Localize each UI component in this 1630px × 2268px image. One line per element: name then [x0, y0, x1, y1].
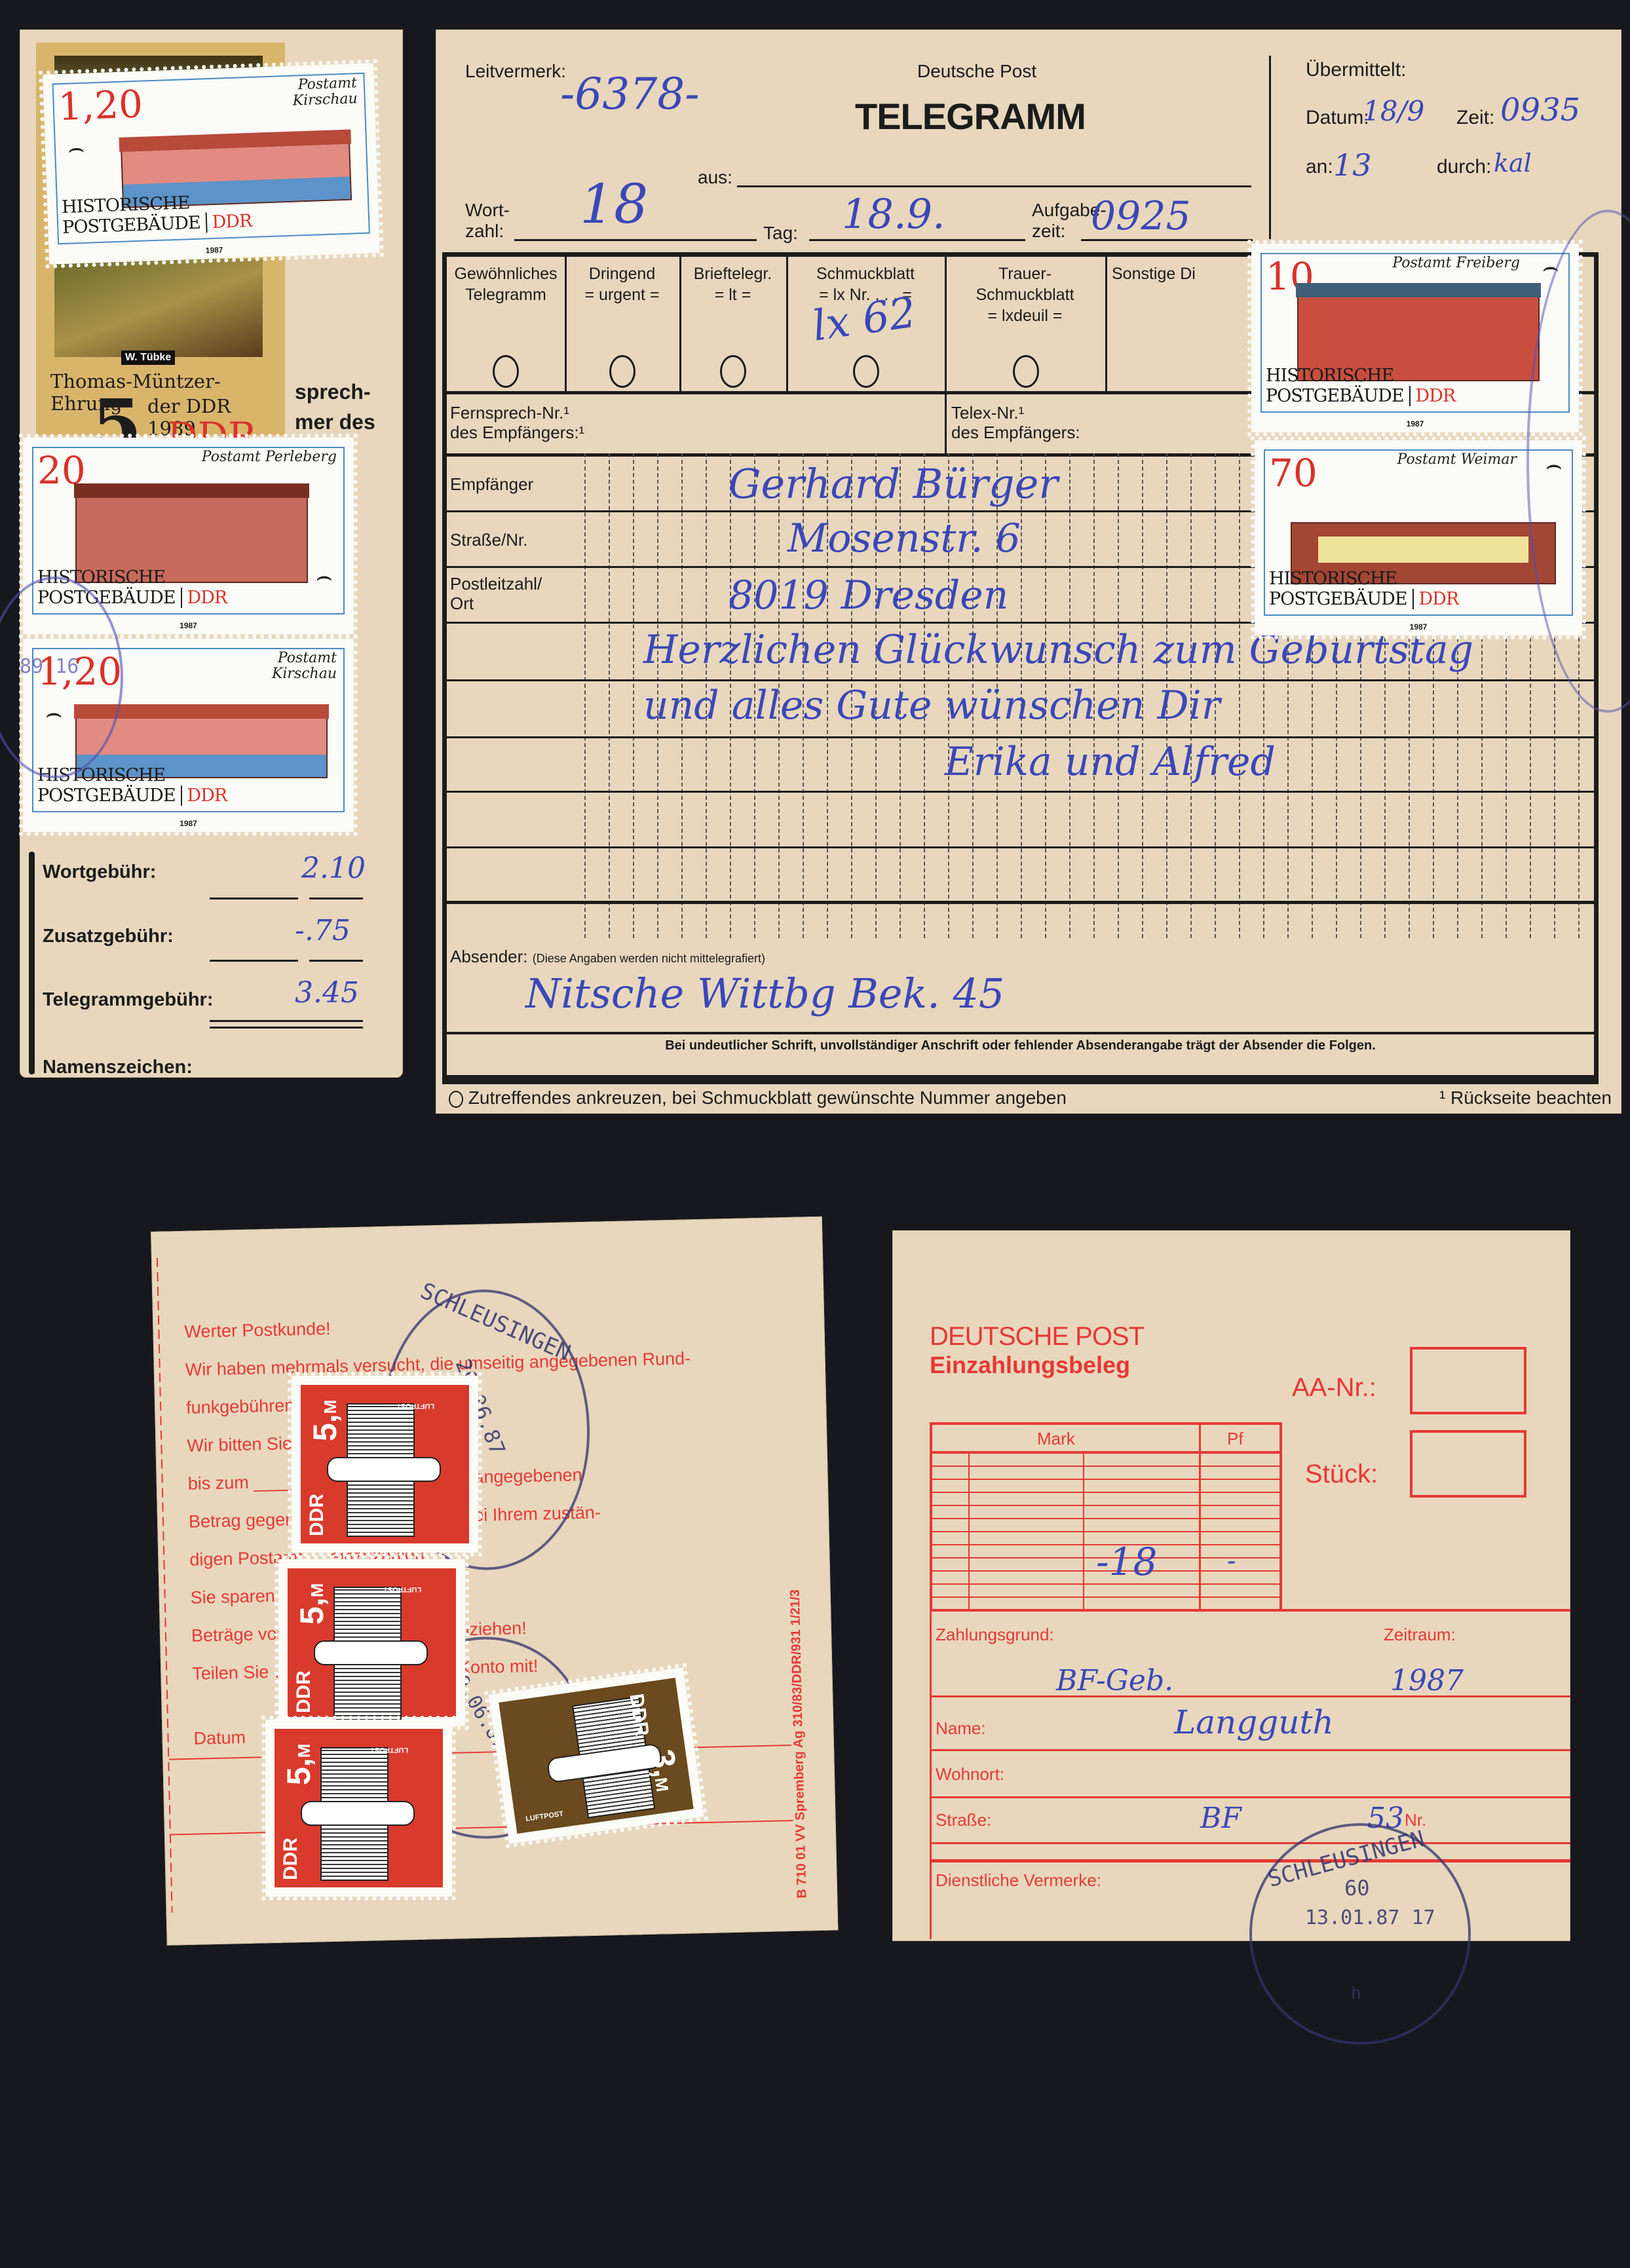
stamp-place: Postamt Kirschau	[245, 651, 337, 682]
wortzahl-label-1: Wort-	[465, 200, 510, 221]
stamp-country: DDR	[1412, 589, 1459, 609]
durch-value: kal	[1494, 149, 1532, 178]
aus-line	[737, 185, 1251, 187]
fernsprech-label-2: des Empfängers:¹	[450, 423, 584, 442]
aus-label: aus:	[698, 167, 732, 188]
stamp-country: DDR	[1409, 386, 1456, 406]
partial-text-line: mer des	[295, 407, 375, 437]
stamp-title: HISTORISCHE POSTGEBÄUDEDDR	[37, 765, 354, 806]
fee-line	[309, 898, 363, 899]
leitvermerk-label: Leitvermerk:	[465, 61, 566, 82]
stamp-facade	[1318, 537, 1528, 563]
stueck-box[interactable]	[1410, 1430, 1526, 1498]
wortzahl-label-2: zahl:	[465, 221, 510, 242]
telex-label-2: des Empfängers:	[951, 423, 1080, 442]
type-radio[interactable]	[1013, 355, 1039, 388]
type-line: Schmuckblatt	[786, 263, 945, 284]
amount-rows	[932, 1454, 1279, 1611]
stamp-place: Postamt Kirschau	[265, 75, 358, 110]
fee-value: 3.45	[295, 976, 359, 1010]
stamp-roof	[1296, 283, 1541, 297]
footer-left-text: Zutreffendes ankreuzen, bei Schmuckblatt…	[468, 1087, 1067, 1108]
row-line	[447, 679, 1594, 681]
airmail-value: 3,M	[643, 1747, 687, 1794]
message-line-3: Erika und Alfred	[945, 739, 1276, 785]
type-line: Dringend	[565, 263, 679, 284]
postmark-left-date: 89 16	[20, 655, 79, 678]
fee-label: Zusatzgebühr:	[43, 926, 174, 947]
field-line	[932, 1859, 1570, 1862]
wortzahl-value: 18	[580, 174, 648, 236]
row-line	[447, 846, 1594, 848]
street-value: Mosenstr. 6	[787, 516, 1021, 561]
type-radio[interactable]	[609, 355, 635, 388]
tag-line	[809, 239, 1025, 241]
airmail-value: 5,M	[293, 1583, 331, 1625]
airmail-value-unit: M	[307, 1583, 327, 1598]
stamp-title-text: HISTORISCHE POSTGEBÄUDE	[1269, 569, 1407, 609]
absender-label: Absender: (Diese Angaben werden nicht mi…	[450, 947, 765, 967]
dienstliche-label: Dienstliche Vermerke:	[936, 1870, 1101, 1891]
postmark-beleg-date-text: 13.01.87	[1305, 1906, 1400, 1929]
airmail-value: 5,M	[280, 1744, 318, 1785]
absender-value: Nitsche Wittbg Bek. 45	[525, 970, 1004, 1017]
name-value: Langguth	[1174, 1703, 1334, 1741]
telex-label-1: Telex-Nr.¹	[951, 403, 1080, 423]
airmail-country: DDR	[293, 1671, 315, 1713]
airmail-value-number: 5	[280, 1767, 317, 1785]
uebermittelt-heading: Übermittelt:	[1306, 59, 1406, 81]
fernsprech-label-1: Fernsprech-Nr.¹	[450, 403, 584, 423]
datum-label: Datum:	[1306, 107, 1369, 129]
datum-label: Datum	[193, 1728, 246, 1749]
aufgabezeit-value: 0925	[1091, 193, 1191, 239]
datum-value: 18/9	[1363, 95, 1424, 127]
schmuckblatt-value: lx 62	[812, 302, 917, 337]
airplane-icon	[327, 1457, 441, 1482]
radio-circle-icon	[449, 1091, 463, 1108]
col-divider	[945, 391, 947, 453]
telex-label: Telex-Nr.¹ des Empfängers:	[951, 403, 1080, 442]
form-title: TELEGRAMM	[855, 95, 1086, 138]
airplane-icon	[314, 1640, 428, 1665]
airplane-icon	[301, 1801, 415, 1826]
fee-line	[309, 960, 363, 962]
stueck-label: Stück:	[1305, 1460, 1378, 1489]
issuer: Deutsche Post	[917, 61, 1036, 82]
type-line: = lxdeuil =	[945, 305, 1105, 326]
partial-text-line: sprech-	[295, 377, 375, 407]
type-radio[interactable]	[853, 355, 879, 388]
field-line	[932, 1796, 1570, 1798]
fee-line	[210, 898, 298, 899]
strasse-label: Straße:	[936, 1810, 991, 1830]
row-line	[447, 901, 1594, 904]
type-radio[interactable]	[493, 355, 519, 388]
perforation-line	[157, 1258, 173, 1913]
airmail-stamp-2: DDR 5,M LUFTPOST	[278, 1559, 465, 1726]
type-option-gewoehnlich[interactable]: Gewöhnliches Telegramm	[447, 263, 565, 305]
zahlungsgrund-label: Zahlungsgrund:	[936, 1625, 1054, 1645]
type-option-brieftelegramm[interactable]: Brieftelegr. = lt =	[679, 263, 786, 305]
stamp-year: 1987	[23, 819, 354, 828]
fee-line	[210, 1020, 363, 1022]
signature-label: Namenszeichen:	[43, 1057, 193, 1078]
type-line: Brieftelegr.	[679, 263, 786, 284]
airmail-label: LUFTPOST	[396, 1402, 434, 1410]
airmail-label: LUFTPOST	[383, 1585, 421, 1593]
leitvermerk-value: -6378-	[560, 69, 700, 119]
footer-right: ¹ Rückseite beachten	[1439, 1087, 1612, 1108]
amount-pf-value: -	[1227, 1546, 1236, 1576]
type-option-dringend[interactable]: Dringend = urgent =	[565, 263, 679, 305]
zeit-value: 0935	[1500, 92, 1580, 128]
fee-slip-left-rule	[29, 852, 35, 1074]
beleg-header-2: Einzahlungsbeleg	[930, 1351, 1130, 1379]
posthorn-icon: ⌢	[67, 134, 85, 164]
stamp-place: Postamt Perleberg	[202, 449, 337, 465]
amount-grid[interactable]: Mark Pf -18 -	[930, 1422, 1282, 1612]
recipient-label: Empfänger	[450, 474, 536, 495]
einzahlungsbeleg: DEUTSCHE POST Einzahlungsbeleg AA-Nr.: S…	[892, 1230, 1570, 1941]
airmail-country: DDR	[306, 1494, 328, 1536]
airmail-value-unit: M	[651, 1776, 673, 1793]
street-label: Straße/Nr.	[450, 530, 530, 550]
type-line: Trauer-	[945, 263, 1105, 284]
stamp-title-text: HISTORISCHE POSTGEBÄUDE	[1266, 366, 1404, 406]
stamp-place: Postamt Weimar	[1397, 452, 1517, 468]
airmail-value: 5,M	[306, 1400, 344, 1441]
recipient-value: Gerhard Bürger	[729, 460, 1058, 508]
wortzahl-label: Wort- zahl:	[465, 200, 510, 242]
stamp-country: DDR	[181, 785, 227, 806]
col-divider	[1105, 257, 1107, 391]
an-label: an:	[1306, 156, 1333, 178]
beleg-header-1: DEUTSCHE POST	[930, 1322, 1144, 1351]
stamp-place: Postamt Freiberg	[1392, 255, 1520, 271]
postmark-beleg-letter: h	[1351, 1984, 1361, 2003]
row-line	[447, 791, 1594, 793]
aufgabezeit-line	[1081, 239, 1253, 241]
rundfunk-notice: Werter Postkunde! Wir haben mehrmals ver…	[151, 1217, 838, 1946]
stamp-country: DDR	[181, 588, 227, 608]
type-option-schmuckblatt[interactable]: Schmuckblatt = lx Nr. . . . = lx 62	[786, 263, 945, 305]
fee-value: 2.10	[301, 852, 366, 885]
type-line: = lt =	[679, 284, 786, 305]
absender-section[interactable]: Absender: (Diese Angaben werden nicht mi…	[447, 940, 1594, 1034]
fee-label: Telegrammgebühr:	[43, 989, 214, 1011]
type-option-sonstige[interactable]: Sonstige Di	[1112, 263, 1230, 284]
stamp-roof	[74, 483, 309, 498]
warning-text: Bei undeutlicher Schrift, unvollständige…	[447, 1038, 1594, 1053]
amount-mark-value: -18	[1096, 1540, 1157, 1584]
aa-nr-box[interactable]	[1410, 1347, 1526, 1414]
wohnort-label: Wohnort:	[936, 1764, 1004, 1785]
muentzer-artist: W. Tübke	[121, 350, 175, 365]
tag-value: 18.9.	[842, 190, 945, 238]
zeit-label: Zeit:	[1456, 107, 1494, 129]
strasse-value: BF	[1200, 1802, 1241, 1835]
fee-value: -.75	[295, 914, 351, 947]
airmail-label: LUFTPOST	[370, 1746, 408, 1754]
type-line: Gewöhnliches	[447, 263, 565, 284]
an-value: 13	[1333, 147, 1372, 183]
stamp-year: 1987	[1255, 622, 1582, 632]
fee-label: Wortgebühr:	[43, 861, 156, 883]
absender-note: (Diese Angaben werden nicht mittelegrafi…	[533, 952, 765, 965]
zahlungsgrund-value: BF-Geb.	[1056, 1664, 1173, 1697]
airmail-stamp-3: DDR 5,M LUFTPOST	[265, 1720, 452, 1897]
stamp-value: 1,20	[58, 82, 143, 129]
beleg-fields: Zahlungsgrund: Zeitraum: BF-Geb. 1987 Na…	[930, 1609, 1570, 1939]
stamp-country: DDR	[205, 211, 252, 233]
zeitraum-value: 1987	[1390, 1664, 1464, 1697]
airmail-stamp-1: DDR 5,M LUFTPOST	[292, 1376, 478, 1553]
postmark-beleg-date: 13.01.87 17	[1305, 1906, 1435, 1929]
absender-label-text: Absender:	[450, 947, 528, 966]
postmark-beleg-hour: 17	[1412, 1906, 1435, 1929]
stamp-title-text: HISTORISCHE POSTGEBÄUDE	[62, 193, 201, 238]
muentzer-painting	[54, 259, 263, 357]
printer-note: B 710 01 VV Spremberg Ag 310/83/DDR/931 …	[788, 1589, 810, 1899]
aa-nr-label: AA-Nr.:	[1292, 1373, 1376, 1403]
stamp-kirschau-top: 1,20 Postamt Kirschau ⌢ HISTORISCHE POST…	[43, 63, 380, 264]
durch-label: durch:	[1437, 156, 1491, 178]
type-radio[interactable]	[720, 355, 746, 388]
airmail-value-unit: M	[320, 1400, 340, 1414]
mark-divider	[1083, 1454, 1084, 1611]
tag-label: Tag:	[763, 223, 798, 244]
partial-text: sprech- mer des	[295, 377, 375, 437]
message-line-2: und alles Gute wünschen Dir	[643, 683, 1220, 728]
airmail-value-unit: M	[294, 1744, 314, 1758]
type-line: Sonstige Di	[1112, 263, 1230, 284]
postmark-beleg-code: 60	[1344, 1876, 1370, 1900]
type-line: Schmuckblatt	[945, 284, 1105, 305]
zeitraum-label: Zeitraum:	[1384, 1625, 1456, 1645]
city-label: Postleitzahl/ Ort	[450, 574, 535, 613]
fee-line	[210, 960, 298, 962]
field-line	[932, 1842, 1570, 1844]
mark-label: Mark	[1037, 1429, 1075, 1449]
name-label: Name:	[936, 1718, 986, 1739]
airmail-value-number: 5	[307, 1423, 343, 1441]
pf-label: Pf	[1227, 1429, 1243, 1449]
footer-left: Zutreffendes ankreuzen, bei Schmuckblatt…	[449, 1087, 1067, 1108]
row-line	[447, 736, 1594, 738]
uebermittelt-divider	[1269, 56, 1271, 239]
field-line	[932, 1749, 1570, 1751]
stamp-value: 70	[1269, 451, 1317, 495]
airmail-stamp-4: DDR 3,M LUFTPOST	[488, 1667, 704, 1844]
field-line	[932, 1695, 1570, 1697]
airmail-country: DDR	[280, 1838, 302, 1880]
mark-divider	[968, 1454, 970, 1611]
type-option-trauer[interactable]: Trauer- Schmuckblatt = lxdeuil =	[945, 263, 1105, 326]
fernsprech-label: Fernsprech-Nr.¹ des Empfängers:¹	[450, 403, 584, 442]
fee-double-line	[210, 1027, 363, 1029]
type-line: = urgent =	[565, 284, 679, 305]
city-value: 8019 Dresden	[729, 573, 1008, 618]
wortzahl-line	[514, 239, 757, 241]
type-line: Telegramm	[447, 284, 565, 305]
airmail-value-number: 5	[294, 1606, 330, 1625]
